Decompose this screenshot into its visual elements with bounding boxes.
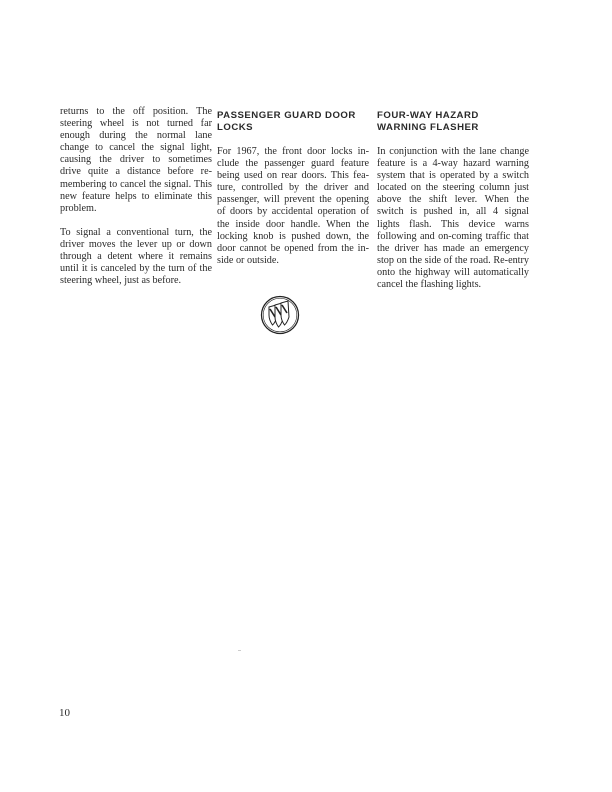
section-heading: PASSENGER GUARD DOOR LOCKS — [217, 110, 369, 134]
paragraph: returns to the off position. The steerin… — [60, 106, 212, 215]
paragraph: For 1967, the front door locks in-clude … — [217, 146, 369, 267]
paragraph: In conjunction with the lane change feat… — [377, 146, 529, 291]
column-3: FOUR-WAY HAZARD WARNING FLASHER In conju… — [377, 110, 529, 303]
page-number: 10 — [59, 707, 70, 719]
column-2: PASSENGER GUARD DOOR LOCKS For 1967, the… — [217, 110, 369, 279]
paragraph: To signal a conventional turn, the drive… — [60, 227, 212, 287]
tri-shield-emblem-icon — [260, 295, 300, 335]
scan-speck — [238, 650, 241, 651]
column-1: returns to the off position. The steerin… — [60, 106, 212, 299]
section-heading: FOUR-WAY HAZARD WARNING FLASHER — [377, 110, 529, 134]
